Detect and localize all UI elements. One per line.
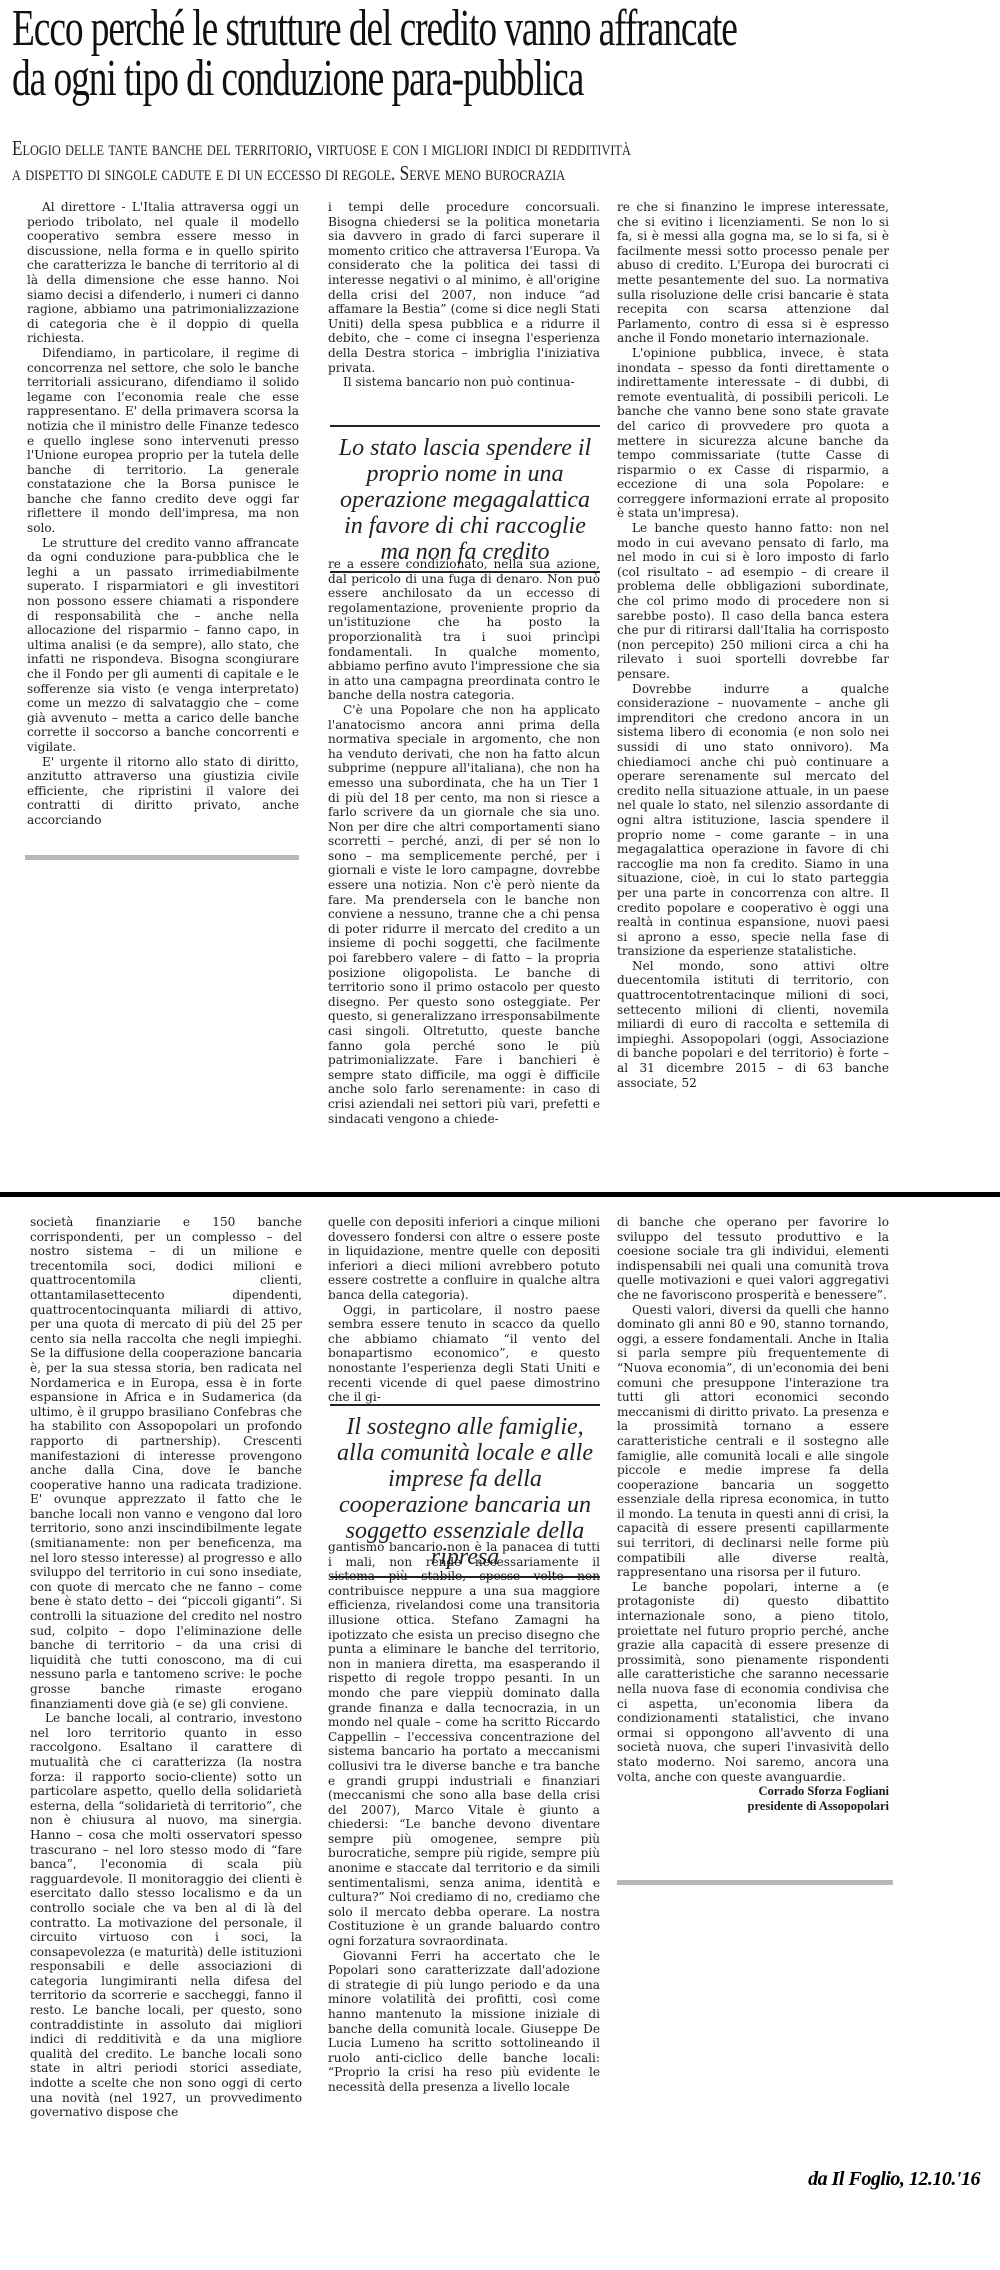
- paragraph: gantismo bancario non è la panacea di tu…: [328, 1540, 600, 1949]
- source-credit: da Il Foglio, 12.10.'16: [808, 2168, 980, 2191]
- paragraph: re che si finanzino le imprese interessa…: [617, 200, 889, 346]
- bottom-column-2b: gantismo bancario non è la panacea di tu…: [328, 1540, 600, 2095]
- column-end-rule: [25, 855, 299, 860]
- author-role: presidente di Assopopolari: [617, 1799, 889, 1814]
- subheadline-line-2: a dispetto di singole cadute e di un ecc…: [12, 161, 565, 185]
- paragraph: Oggi, in particolare, il nostro paese se…: [328, 1303, 600, 1405]
- section-divider: [0, 1192, 1000, 1197]
- paragraph: Difendiamo, in particolare, il regime di…: [27, 346, 299, 536]
- paragraph: Giovanni Ferri ha accertato che le Popol…: [328, 1949, 600, 2095]
- paragraph: Al direttore - L'Italia attraversa oggi …: [27, 200, 299, 346]
- paragraph: società finanziarie e 150 banche corrisp…: [30, 1215, 302, 1711]
- author-name: Corrado Sforza Fogliani: [617, 1784, 889, 1799]
- paragraph: Le banche locali, al contrario, investon…: [30, 1711, 302, 2120]
- subheadline: Elogio delle tante banche del territorio…: [12, 136, 996, 186]
- headline: Ecco perché le strutture del credito van…: [12, 4, 991, 104]
- paragraph: L'opinione pubblica, invece, è stata ino…: [617, 346, 889, 521]
- headline-line-1: Ecco perché le strutture del credito van…: [12, 0, 737, 57]
- paragraph: Le strutture del credito vanno affrancat…: [27, 536, 299, 755]
- bottom-column-3: di banche che operano per favorire lo sv…: [617, 1215, 889, 1814]
- paragraph: Il sistema bancario non può continua-: [328, 375, 600, 390]
- signature: Corrado Sforza Fogliani presidente di As…: [617, 1784, 889, 1814]
- paragraph: i tempi delle procedure concorsuali. Bis…: [328, 200, 600, 375]
- pull-quote-1: Lo stato lascia spendere il proprio nome…: [330, 425, 600, 573]
- subheadline-line-1: Elogio delle tante banche del territorio…: [12, 136, 631, 160]
- top-column-2b: re a essere condizionato, nella sua azio…: [328, 557, 600, 1126]
- paragraph: di banche che operano per favorire lo sv…: [617, 1215, 889, 1303]
- paragraph: Questi valori, diversi da quelli che han…: [617, 1303, 889, 1580]
- top-column-1: Al direttore - L'Italia attraversa oggi …: [27, 200, 299, 828]
- paragraph: re a essere condizionato, nella sua azio…: [328, 557, 600, 703]
- paragraph: C'è una Popolare che non ha applicato l'…: [328, 703, 600, 1126]
- paragraph: Dovrebbe indurre a qualche considerazion…: [617, 682, 889, 959]
- headline-line-2: da ogni tipo di conduzione para-pubblica: [12, 50, 583, 107]
- bottom-column-1: società finanziarie e 150 banche corrisp…: [30, 1215, 302, 2120]
- paragraph: Le banche questo hanno fatto: non nel mo…: [617, 521, 889, 682]
- paragraph: Nel mondo, sono attivi oltre duecentomil…: [617, 959, 889, 1090]
- top-column-2a: i tempi delle procedure concorsuali. Bis…: [328, 200, 600, 390]
- top-column-3: re che si finanzino le imprese interessa…: [617, 200, 889, 1090]
- paragraph: E' urgente il ritorno allo stato di diri…: [27, 755, 299, 828]
- bottom-column-2a: quelle con depositi inferiori a cinque m…: [328, 1215, 600, 1405]
- paragraph: Le banche popolari, interne a (e protago…: [617, 1580, 889, 1784]
- column-end-rule: [617, 1880, 893, 1885]
- paragraph: quelle con depositi inferiori a cinque m…: [328, 1215, 600, 1303]
